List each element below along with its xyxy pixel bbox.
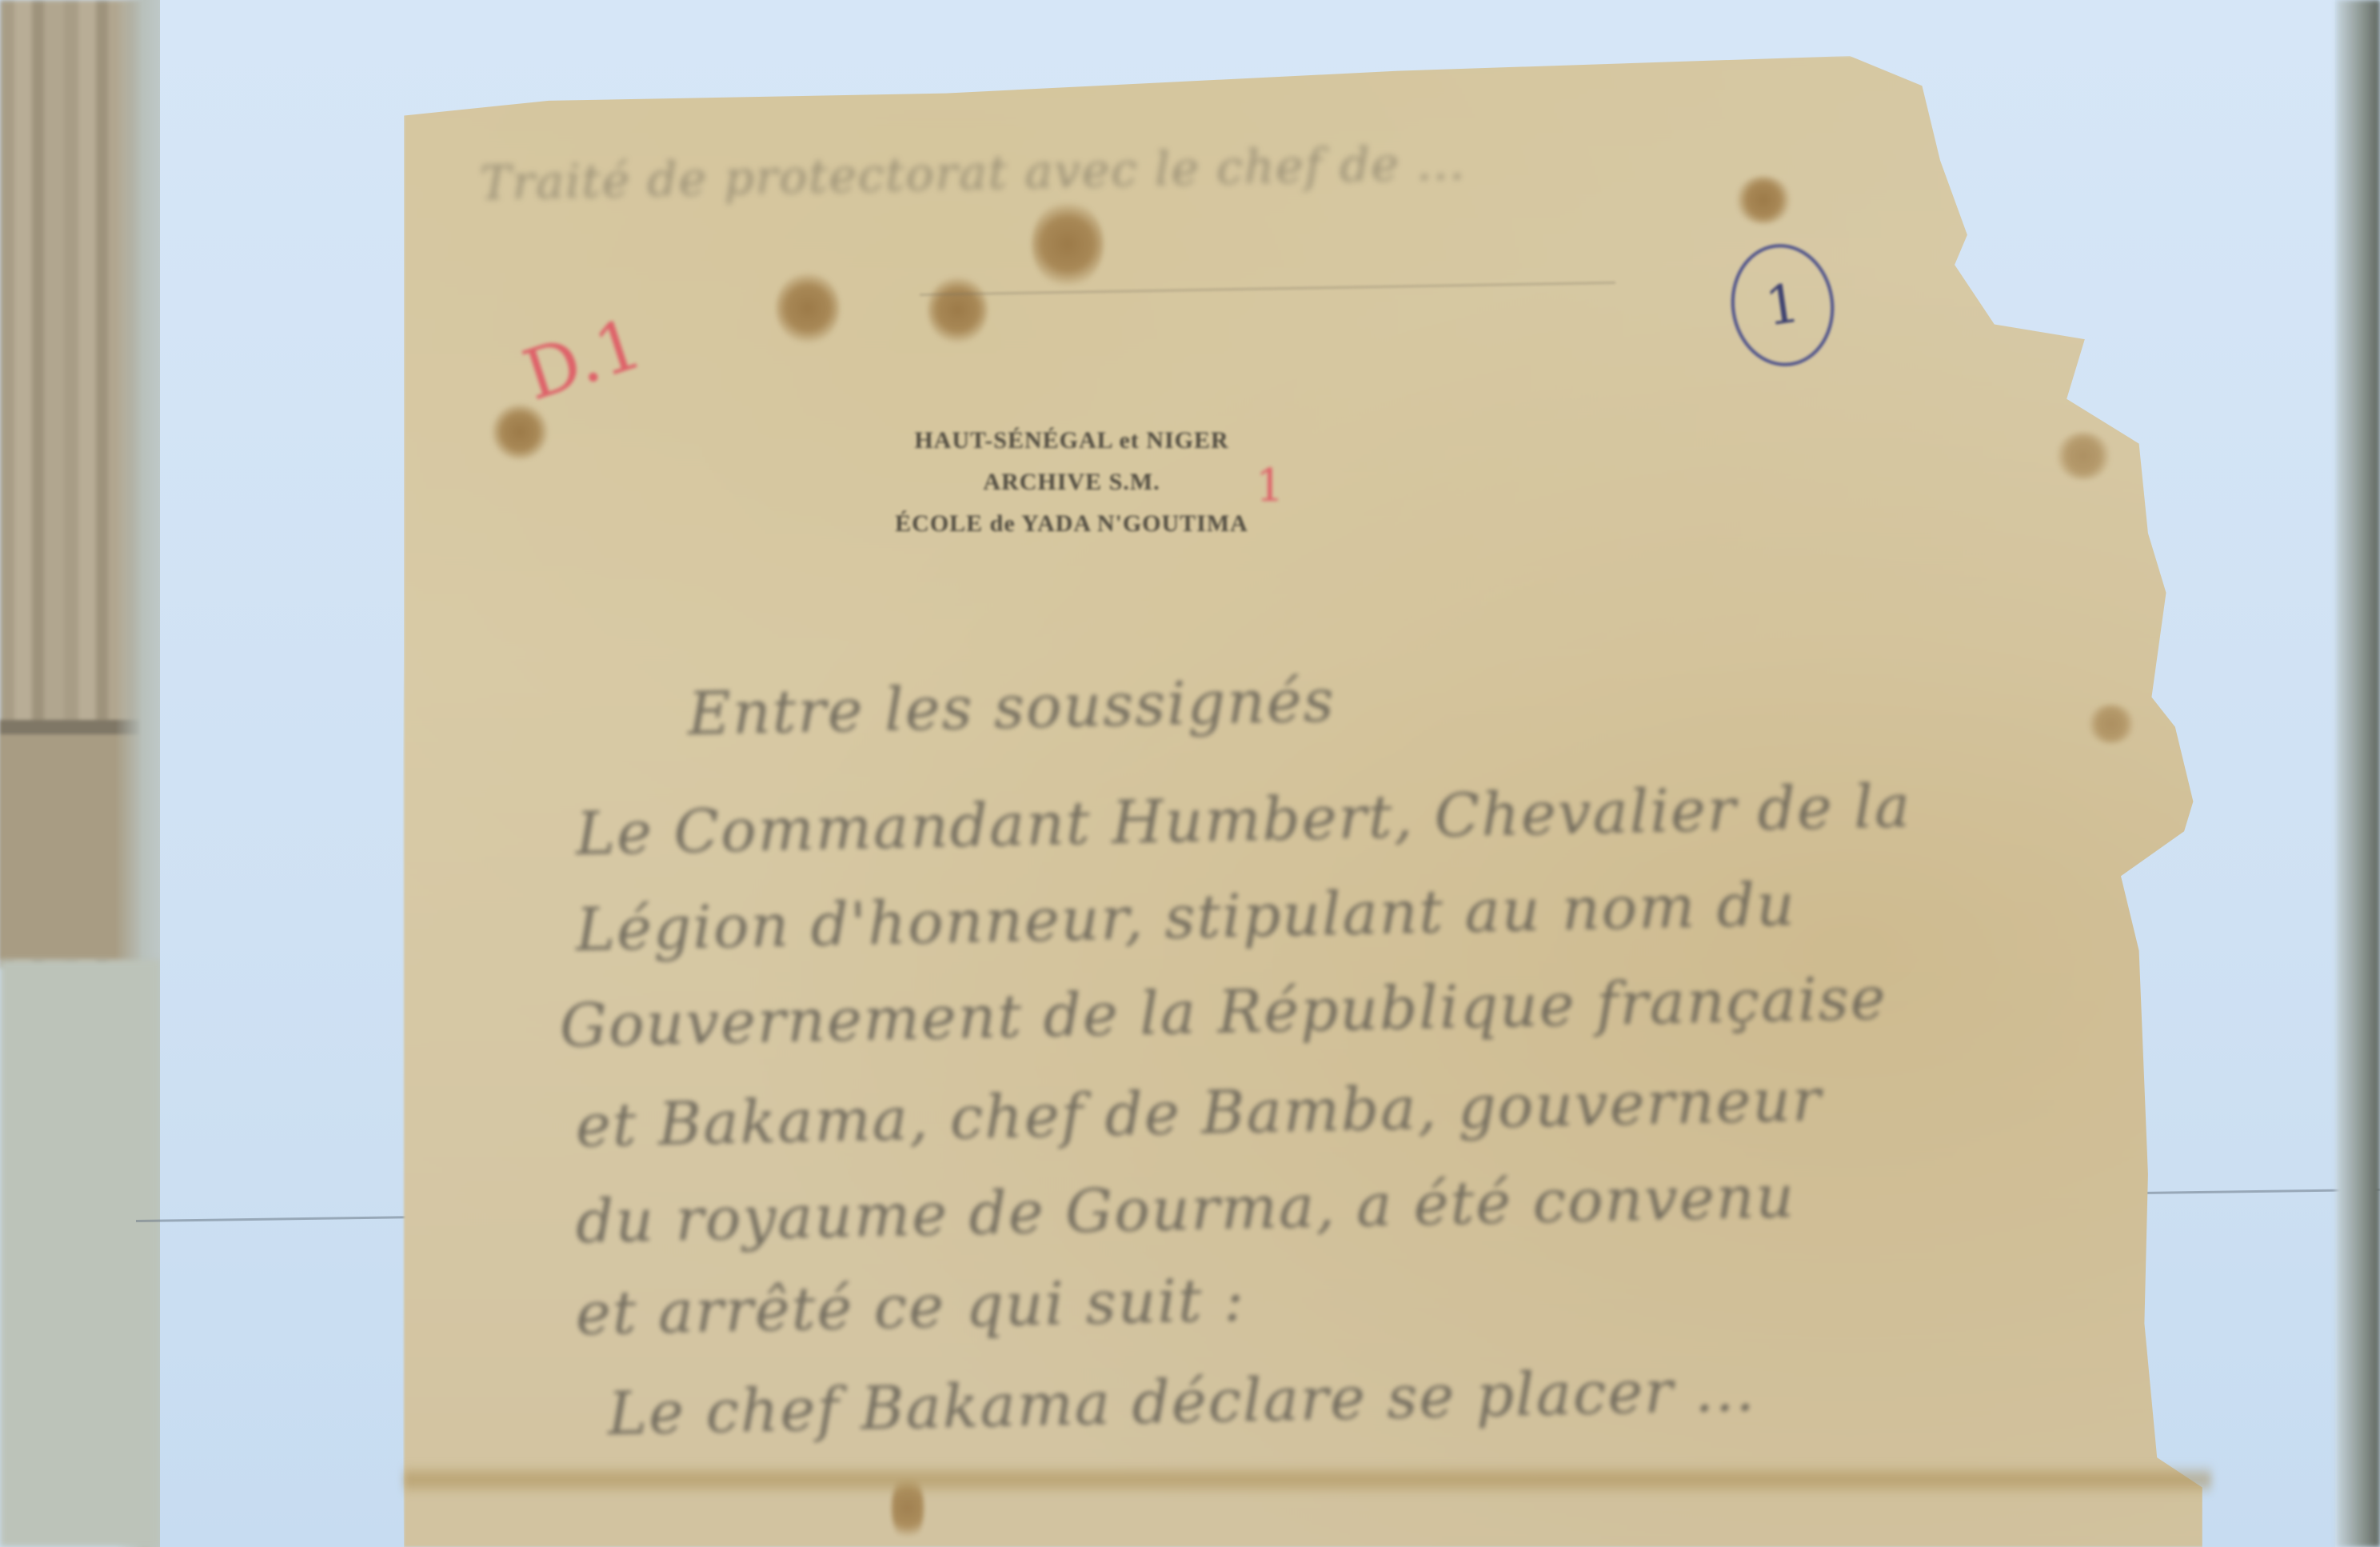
stamp-line-2: ARCHIVE S.M. [792,462,1352,503]
stain-spot [1735,176,1791,224]
stain-spot [776,272,840,344]
stain-spot [1032,200,1104,288]
body-line: et arrêté ce qui suit : [575,1265,1246,1349]
water-damage-band [404,1464,2211,1496]
stain-spot [928,276,988,344]
stamp-line-1: HAUT-SÉNÉGAL et NIGER [792,420,1352,462]
stain-spot [2087,704,2135,744]
stain-spot [2055,432,2111,480]
archive-stamp: HAUT-SÉNÉGAL et NIGER ARCHIVE S.M. ÉCOLE… [792,420,1352,545]
body-line: Entre les soussignés [687,666,1336,749]
page-number-text: 1 [1762,272,1803,338]
gray-board-lower [0,960,160,1547]
right-frame-edge [2336,0,2380,1547]
stamp-line-3: ÉCOLE de YADA N'GOUTIMA [792,503,1352,545]
